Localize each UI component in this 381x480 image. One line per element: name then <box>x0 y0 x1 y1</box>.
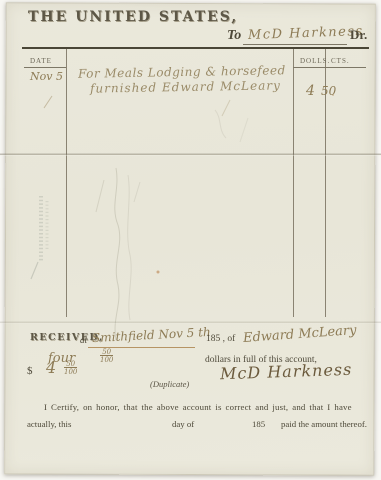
duplicate-label: (Duplicate) <box>150 379 189 389</box>
certification-line2-year: 185 <box>252 419 265 429</box>
certification-line2-start: actually, this <box>27 419 71 429</box>
row-date: Nov 5 <box>30 70 63 83</box>
to-label: To <box>227 28 241 44</box>
certification-line2-dayof: day of <box>172 419 194 429</box>
column-header-cts: CTS. <box>331 57 350 65</box>
amount-figure-fraction: 50 100 <box>64 361 77 375</box>
received-at-label: at <box>80 335 87 345</box>
certification-line1: I Certify, on honor, that the above acco… <box>44 402 352 412</box>
certification-line2-end: paid the amount thereof. <box>281 419 367 429</box>
amount-words-fraction: 50 100 <box>100 349 113 363</box>
document-title: THE UNITED STATES, <box>28 9 238 25</box>
table-header-underline-left <box>24 67 66 68</box>
row-amount-dollars: 4 <box>306 83 315 99</box>
scanned-bill-document: THE UNITED STATES, To McD Harkness Dr. D… <box>0 0 381 480</box>
column-header-date: DATE <box>30 57 52 65</box>
table-col-line-date <box>66 49 67 317</box>
dr-label: Dr. <box>350 27 367 43</box>
year-blank-label: 185 , of <box>206 334 235 344</box>
column-header-dolls: DOLLS. <box>300 57 330 65</box>
table-col-line-dolls <box>293 49 294 317</box>
amount-figure-handwritten: 4 <box>46 358 56 377</box>
row-amount-cents: 50 <box>321 84 336 98</box>
fold-crease-top <box>0 153 381 156</box>
table-header-underline-right <box>293 67 366 68</box>
payee-underline <box>243 44 347 45</box>
fold-crease-bottom <box>0 321 381 324</box>
figure-fraction-denominator: 100 <box>64 367 77 375</box>
words-fraction-denominator: 100 <box>100 355 113 363</box>
header-rule <box>22 47 369 49</box>
dollar-sign: $ <box>27 365 33 377</box>
